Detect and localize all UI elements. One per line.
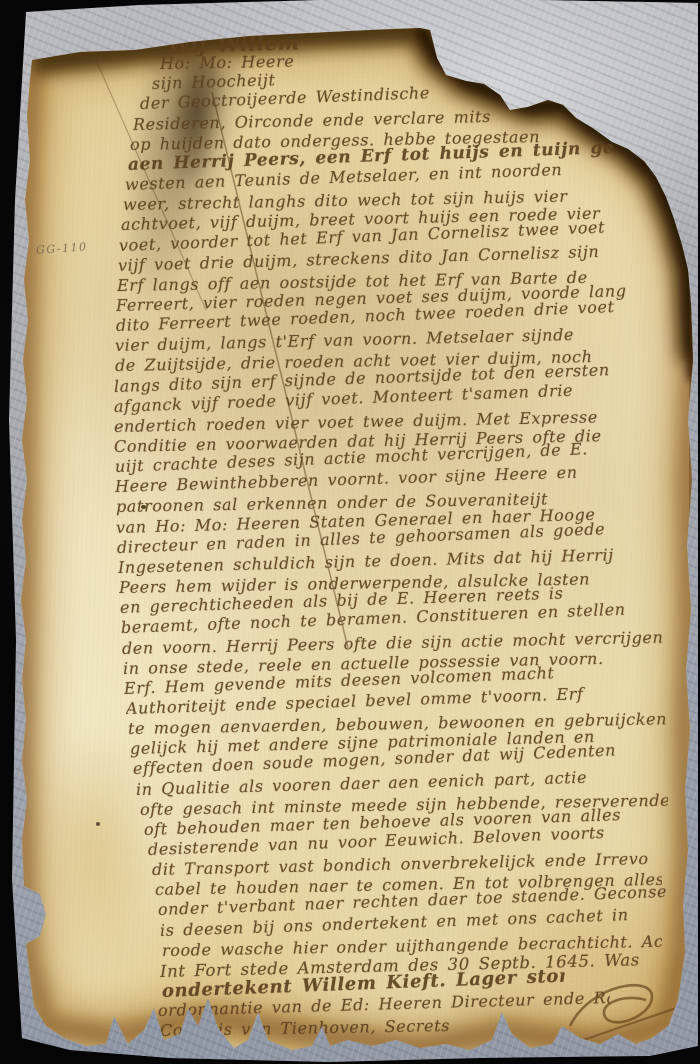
- manuscript-page: GG-110 Wij WillemHo: Mo: Heeresijn Hooch…: [0, 0, 700, 1064]
- manuscript-text: Wij WillemHo: Mo: Heeresijn Hoocheijtder…: [0, 0, 700, 1064]
- photograph-background: GG-110 Wij WillemHo: Mo: Heeresijn Hooch…: [0, 0, 700, 1064]
